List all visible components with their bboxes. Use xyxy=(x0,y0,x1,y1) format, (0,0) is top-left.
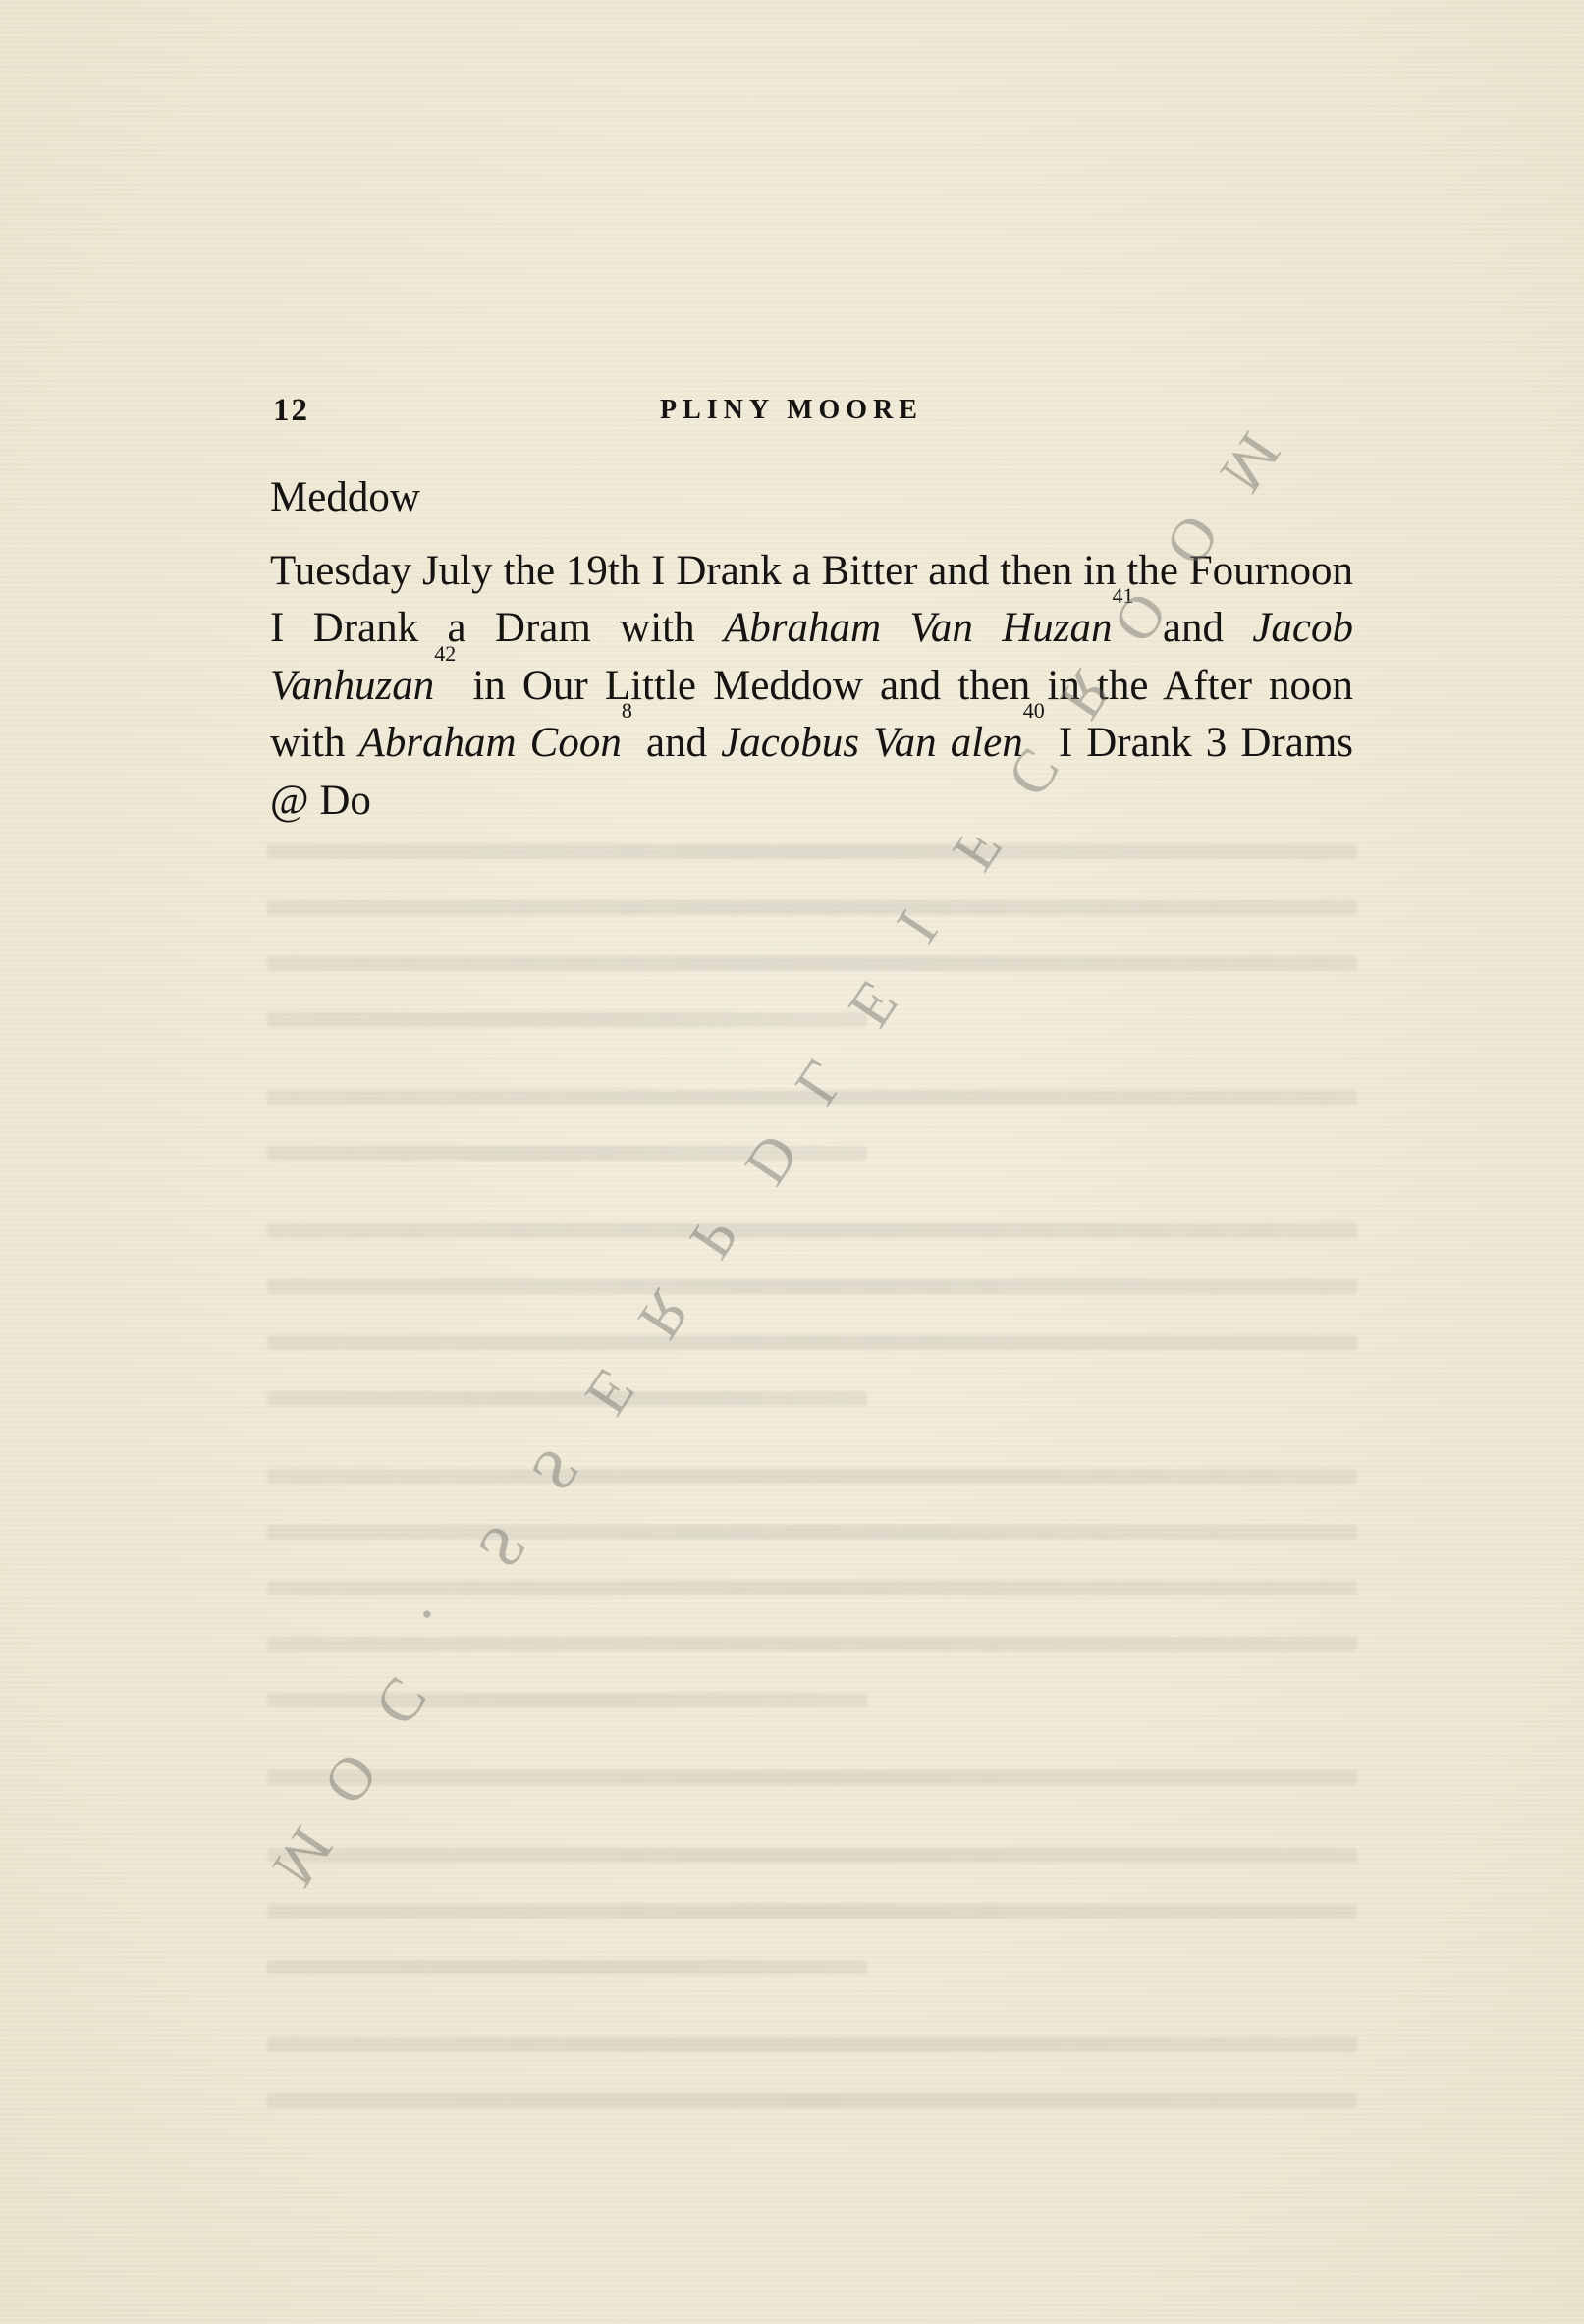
person-name: Jacobus Van alen xyxy=(721,720,1023,766)
diary-entry: Tuesday July the 19th I Drank a Bitter a… xyxy=(270,543,1353,831)
reverse-page-show-through xyxy=(267,844,1357,2149)
footnote-ref: 42 xyxy=(434,641,456,666)
entry-text: and xyxy=(1134,605,1253,651)
entry-text: and xyxy=(632,720,721,766)
footnote-ref: 8 xyxy=(622,698,632,723)
footnote-ref: 40 xyxy=(1023,698,1045,723)
footnote-ref: 41 xyxy=(1113,583,1134,608)
page-number: 12 xyxy=(273,393,309,429)
continued-line: Meddow xyxy=(270,469,1353,527)
running-head: 12 PLINY MOORE xyxy=(273,393,1353,432)
person-name: Abraham Van Huzan xyxy=(724,605,1113,651)
running-title: PLINY MOORE xyxy=(660,395,923,426)
person-name: Abraham Coon xyxy=(359,720,622,766)
body-text: Meddow Tuesday July the 19th I Drank a B… xyxy=(270,469,1353,830)
